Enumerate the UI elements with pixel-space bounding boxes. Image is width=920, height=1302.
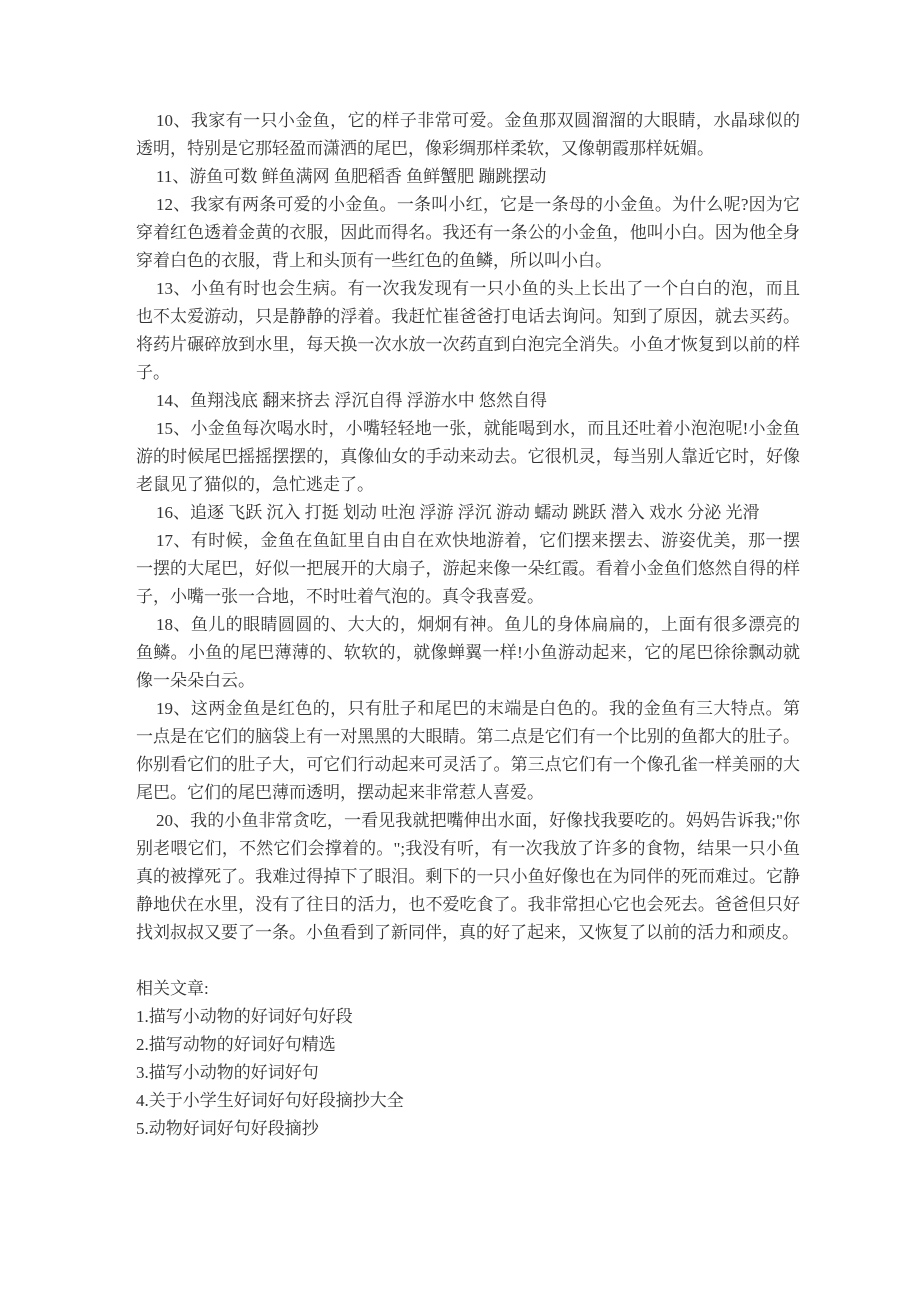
paragraph-15: 15、小金鱼每次喝水时，小嘴轻轻地一张，就能喝到水，而且还吐着小泡泡呢!小金鱼游…: [136, 415, 800, 499]
related-article-1: 1.描写小动物的好词好句好段: [136, 1003, 800, 1031]
paragraph-20: 20、我的小鱼非常贪吃，一看见我就把嘴伸出水面，好像找我要吃的。妈妈告诉我;"你…: [136, 807, 800, 947]
paragraph-14: 14、鱼翔浅底 翻来挤去 浮沉自得 浮游水中 悠然自得: [136, 387, 800, 415]
related-article-5: 5.动物好词好句好段摘抄: [136, 1115, 800, 1143]
related-article-4: 4.关于小学生好词好句好段摘抄大全: [136, 1087, 800, 1115]
paragraph-16: 16、追逐 飞跃 沉入 打挺 划动 吐泡 浮游 浮沉 游动 蠕动 跳跃 潜入 戏…: [136, 499, 800, 527]
related-article-3: 3.描写小动物的好词好句: [136, 1059, 800, 1087]
paragraph-17: 17、有时候，金鱼在鱼缸里自由自在欢快地游着，它们摆来摆去、游姿优美，那一摆一摆…: [136, 527, 800, 611]
related-article-2: 2.描写动物的好词好句精选: [136, 1031, 800, 1059]
paragraph-11: 11、游鱼可数 鲜鱼满网 鱼肥稻香 鱼鲜蟹肥 蹦跳摆动: [136, 163, 800, 191]
related-articles-section: 相关文章: 1.描写小动物的好词好句好段 2.描写动物的好词好句精选 3.描写小…: [136, 975, 800, 1143]
paragraph-18: 18、鱼儿的眼睛圆圆的、大大的，炯炯有神。鱼儿的身体扁扁的，上面有很多漂亮的鱼鳞…: [136, 611, 800, 695]
paragraph-10: 10、我家有一只小金鱼，它的样子非常可爱。金鱼那双圆溜溜的大眼睛，水晶球似的透明…: [136, 107, 800, 163]
paragraph-12: 12、我家有两条可爱的小金鱼。一条叫小红，它是一条母的小金鱼。为什么呢?因为它穿…: [136, 191, 800, 275]
paragraph-19: 19、这两金鱼是红色的，只有肚子和尾巴的末端是白色的。我的金鱼有三大特点。第一点…: [136, 695, 800, 807]
related-articles-heading: 相关文章:: [136, 975, 800, 1003]
document-page: 10、我家有一只小金鱼，它的样子非常可爱。金鱼那双圆溜溜的大眼睛，水晶球似的透明…: [136, 107, 800, 1143]
paragraph-13: 13、小鱼有时也会生病。有一次我发现有一只小鱼的头上长出了一个白白的泡，而且也不…: [136, 275, 800, 387]
